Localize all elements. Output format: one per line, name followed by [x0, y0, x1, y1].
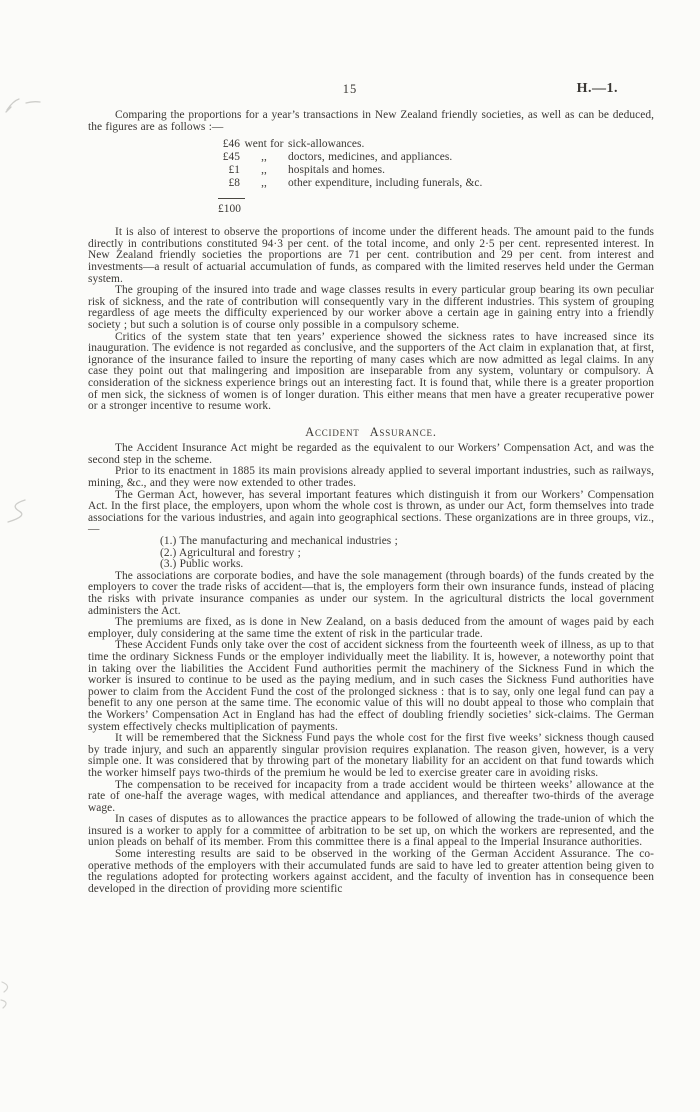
paragraph-prior-enactment: Prior to its enactment in 1885 its main …	[88, 466, 654, 489]
table-row: £1 ,, hospitals and homes.	[206, 164, 654, 177]
figure-item: hospitals and homes.	[288, 164, 654, 177]
paragraph-interesting-results: Some interesting results are said to be …	[88, 849, 654, 895]
figure-total-amount: £100	[218, 203, 241, 215]
ditto-mark: ,,	[240, 151, 288, 164]
figure-item: other expenditure, including funerals, &…	[288, 177, 654, 190]
paragraph-income-proportions: It is also of interest to observe the pr…	[88, 227, 654, 285]
paragraph-disputes: In cases of disputes as to allowances th…	[88, 814, 654, 849]
total-rule	[218, 198, 245, 199]
table-row: £45 ,, doctors, medicines, and appliance…	[206, 151, 654, 164]
paragraph-compensation: The compensation to be received for inca…	[88, 780, 654, 815]
page-number: 15	[88, 82, 612, 97]
organization-groups-list: (1.) The manufacturing and mechanical in…	[160, 536, 654, 571]
paragraph-sickness-fund-cost: It will be remembered that the Sickness …	[88, 733, 654, 779]
figure-amount: £46	[206, 138, 240, 151]
paragraph-accident-funds: These Accident Funds only take over the …	[88, 640, 654, 733]
table-row: £8 ,, other expenditure, including funer…	[206, 177, 654, 190]
figure-item: sick-allowances.	[288, 138, 654, 151]
paragraph-associations: The associations are corporate bodies, a…	[88, 571, 654, 617]
margin-pencil-mark-icon	[4, 94, 46, 121]
expenditure-figures-table: £46 went for sick-allowances. £45 ,, doc…	[206, 138, 654, 216]
paragraph-german-act-features: The German Act, however, has several imp…	[88, 490, 654, 536]
list-item: (1.) The manufacturing and mechanical in…	[160, 536, 654, 548]
table-row: £46 went for sick-allowances.	[206, 138, 654, 151]
figure-amount: £8	[206, 177, 240, 190]
section-heading-accident-assurance: Accident Assurance.	[88, 427, 654, 439]
paragraph-critics: Critics of the system state that ten yea…	[88, 332, 654, 413]
paragraph-accident-insurance-act: The Accident Insurance Act might be rega…	[88, 443, 654, 466]
document-reference: H.—1.	[577, 81, 618, 97]
figure-item: doctors, medicines, and appliances.	[288, 151, 654, 164]
figure-connector: went for	[240, 138, 288, 151]
paragraph-comparing-proportions: Comparing the proportions for a year’s t…	[88, 110, 654, 133]
figures-total: £100	[218, 198, 654, 216]
document-body: Comparing the proportions for a year’s t…	[88, 110, 654, 895]
page-header: 15 H.—1.	[88, 82, 652, 100]
figure-amount: £45	[206, 151, 240, 164]
paragraph-premiums: The premiums are fixed, as is done in Ne…	[88, 617, 654, 640]
margin-pencil-mark-icon	[0, 978, 18, 1017]
paragraph-grouping: The grouping of the insured into trade a…	[88, 285, 654, 331]
document-page: 15 H.—1. Comparing the proportions for a…	[0, 0, 700, 1112]
margin-pencil-mark-icon	[3, 497, 33, 532]
ditto-mark: ,,	[240, 177, 288, 190]
figure-amount: £1	[206, 164, 240, 177]
ditto-mark: ,,	[240, 164, 288, 177]
